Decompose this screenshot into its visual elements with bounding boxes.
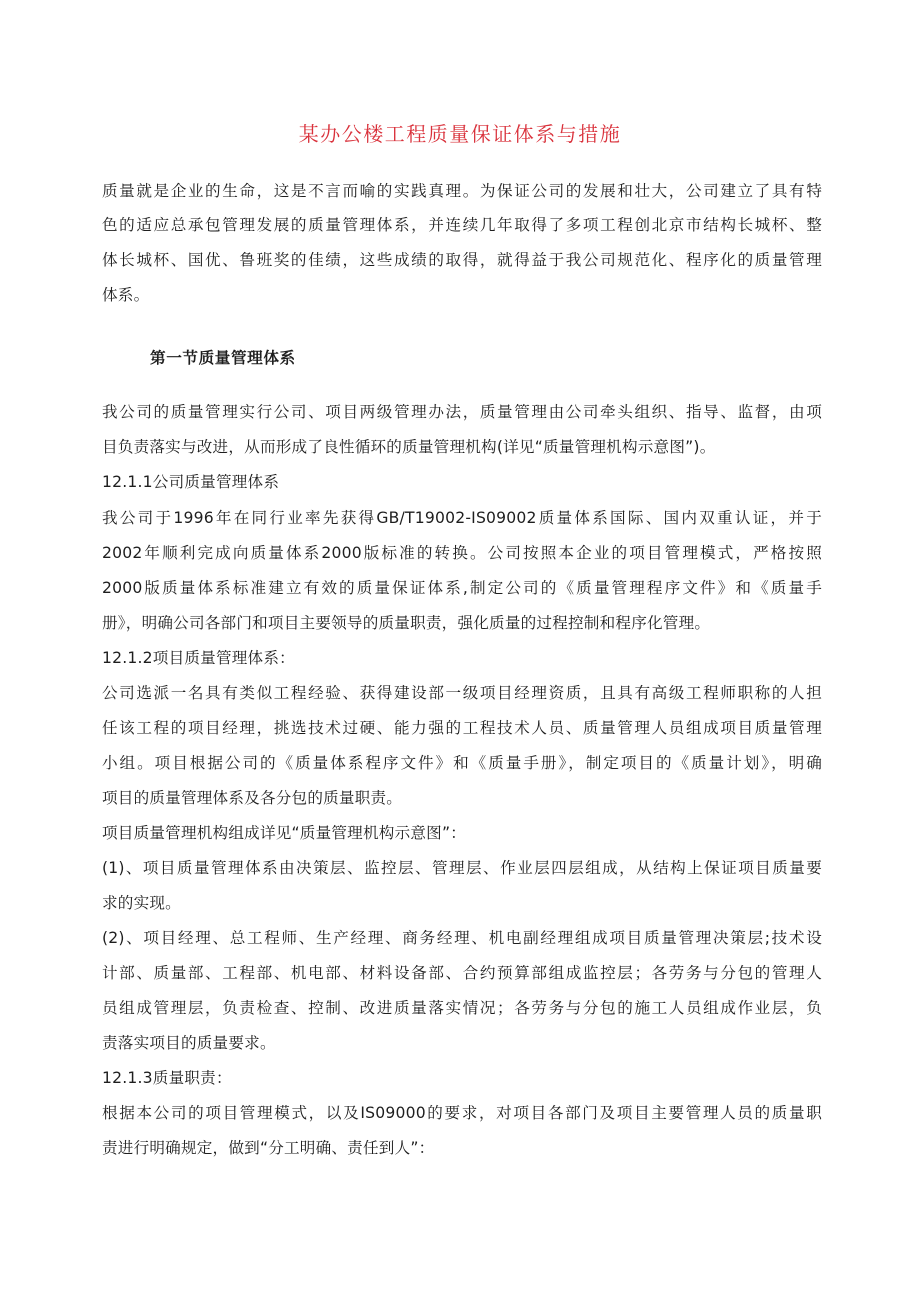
section-heading: 第一节质量管理体系 [150, 348, 296, 368]
paragraph-line: 公司选派一名具有类似工程经验、获得建设部一级项目经理资质，且具有高级工程师职称的… [102, 683, 822, 703]
document-title: 某办公楼工程质量保证体系与措施 [0, 118, 920, 147]
intro-line: 色的适应总承包管理发展的质量管理体系，并连续几年取得了多项工程创北京市结构长城杯… [102, 215, 822, 235]
paragraph-line: 根据本公司的项目管理模式，以及IS09000的要求，对项目各部门及项目主要管理人… [102, 1103, 822, 1123]
intro-line: 质量就是企业的生命，这是不言而喻的实践真理。为保证公司的发展和壮大，公司建立了具… [102, 181, 822, 201]
paragraph-line: 项目质量管理机构组成详见“质量管理机构示意图”： [102, 823, 822, 843]
paragraph-line: 2002年顺利完成向质量体系2000版标准的转换。公司按照本企业的项目管理模式，… [102, 543, 822, 563]
intro-line: 体系。 [102, 285, 822, 305]
paragraph-line: 项目的质量管理体系及各分包的质量职责。 [102, 788, 822, 808]
intro-line: 体长城杯、国优、鲁班奖的佳绩，这些成绩的取得，就得益于我公司规范化、程序化的质量… [102, 250, 822, 270]
paragraph-line: 册》，明确公司各部门和项目主要领导的质量职责，强化质量的过程控制和程序化管理。 [102, 613, 822, 633]
list-item-line: 员组成管理层，负责检查、控制、改进质量落实情况；各劳务与分包的施工人员组成作业层… [102, 998, 822, 1018]
paragraph-line: 小组。项目根据公司的《质量体系程序文件》和《质量手册》，制定项目的《质量计划》，… [102, 753, 822, 773]
paragraph-line: 2000版质量体系标准建立有效的质量保证体系,制定公司的《质量管理程序文件》和《… [102, 578, 822, 598]
list-item-line: 责落实项目的质量要求。 [102, 1033, 822, 1053]
document-page: 某办公楼工程质量保证体系与措施 质量就是企业的生命，这是不言而喻的实践真理。为保… [0, 0, 920, 1301]
paragraph-line: 目负责落实与改进，从而形成了良性循环的质量管理机构(详见“质量管理机构示意图”)… [102, 437, 822, 457]
paragraph-line: 责进行明确规定，做到“分工明确、责任到人”： [102, 1138, 822, 1158]
list-item-line: (2)、项目经理、总工程师、生产经理、商务经理、机电副经理组成项目质量管理决策层… [102, 928, 822, 948]
list-item-line: 求的实现。 [102, 893, 822, 913]
paragraph-line: 任该工程的项目经理，挑选技术过硬、能力强的工程技术人员、质量管理人员组成项目质量… [102, 718, 822, 738]
subsection-heading: 12.1.1公司质量管理体系 [102, 472, 822, 492]
subsection-heading: 12.1.3质量职责： [102, 1068, 822, 1088]
paragraph-line: 我公司于1996年在同行业率先获得GB/T19002-IS09002质量体系国际… [102, 508, 822, 528]
list-item-line: (1)、项目质量管理体系由决策层、监控层、管理层、作业层四层组成，从结构上保证项… [102, 858, 822, 878]
subsection-heading: 12.1.2项目质量管理体系： [102, 648, 822, 668]
paragraph-line: 我公司的质量管理实行公司、项目两级管理办法，质量管理由公司牵头组织、指导、监督，… [102, 402, 822, 422]
list-item-line: 计部、质量部、工程部、机电部、材料设备部、合约预算部组成监控层；各劳务与分包的管… [102, 963, 822, 983]
